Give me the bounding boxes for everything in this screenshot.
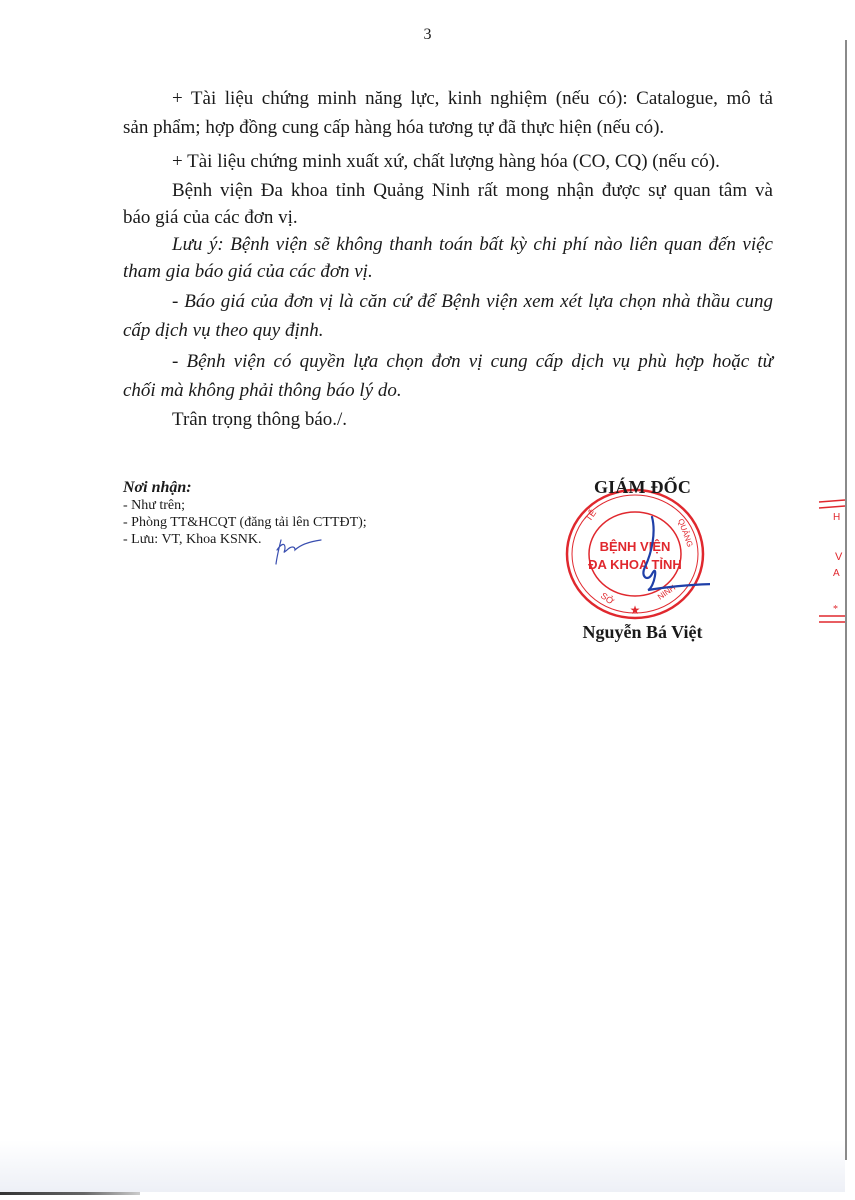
- svg-text:H: H: [833, 512, 840, 523]
- svg-text:★: ★: [630, 603, 641, 617]
- svg-text:V: V: [835, 551, 843, 563]
- recipients-block: Nơi nhận: - Như trên; - Phòng TT&HCQT (đ…: [123, 478, 367, 548]
- svg-text:A: A: [833, 568, 840, 579]
- note-line: - Bệnh viện có quyền lựa chọn đơn vị cun…: [172, 351, 773, 373]
- closing-line: Trân trọng thông báo./.: [172, 409, 347, 431]
- recipient-item: - Phòng TT&HCQT (đăng tải lên CTTĐT);: [123, 514, 367, 531]
- recipients-title: Nơi nhận:: [123, 478, 367, 497]
- margin-seal-fragment: H V A *: [815, 492, 847, 632]
- signatory-name: Nguyễn Bá Việt: [560, 622, 725, 643]
- svg-text:BỆNH VIỆN: BỆNH VIỆN: [600, 539, 671, 554]
- note-line: chối mà không phải thông báo lý do.: [123, 380, 402, 402]
- recipient-item: - Như trên;: [123, 497, 367, 514]
- body-line: Bệnh viện Đa khoa tỉnh Quảng Ninh rất mo…: [172, 180, 773, 202]
- note-line: tham gia báo giá của các đơn vị.: [123, 261, 373, 283]
- note-line: cấp dịch vụ theo quy định.: [123, 320, 324, 342]
- note-line: - Báo giá của đơn vị là căn cứ để Bệnh v…: [172, 291, 773, 313]
- body-line: + Tài liệu chứng minh năng lực, kinh ngh…: [172, 88, 773, 110]
- body-line: báo giá của các đơn vị.: [123, 207, 298, 229]
- signatory-title: GIÁM ĐỐC: [560, 477, 725, 498]
- page-bottom-edge: [0, 1192, 140, 1195]
- body-line: sản phẩm; hợp đồng cung cấp hàng hóa tươ…: [123, 117, 664, 139]
- recipient-item: - Lưu: VT, Khoa KSNK.: [123, 531, 367, 548]
- page-number: 3: [0, 26, 855, 44]
- body-line: + Tài liệu chứng minh xuất xứ, chất lượn…: [172, 151, 720, 173]
- svg-text:ĐA KHOA TỈNH: ĐA KHOA TỈNH: [588, 557, 682, 572]
- scan-shadow: [0, 1140, 845, 1192]
- svg-text:*: *: [833, 604, 838, 615]
- svg-text:QUẢNG: QUẢNG: [676, 518, 694, 549]
- note-line: Lưu ý: Bệnh viện sẽ không thanh toán bất…: [172, 234, 773, 256]
- official-seal: BỆNH VIỆN ĐA KHOA TỈNH TẾ QUẢNG SỞ NINH …: [560, 482, 710, 622]
- initials-mark: [273, 534, 323, 566]
